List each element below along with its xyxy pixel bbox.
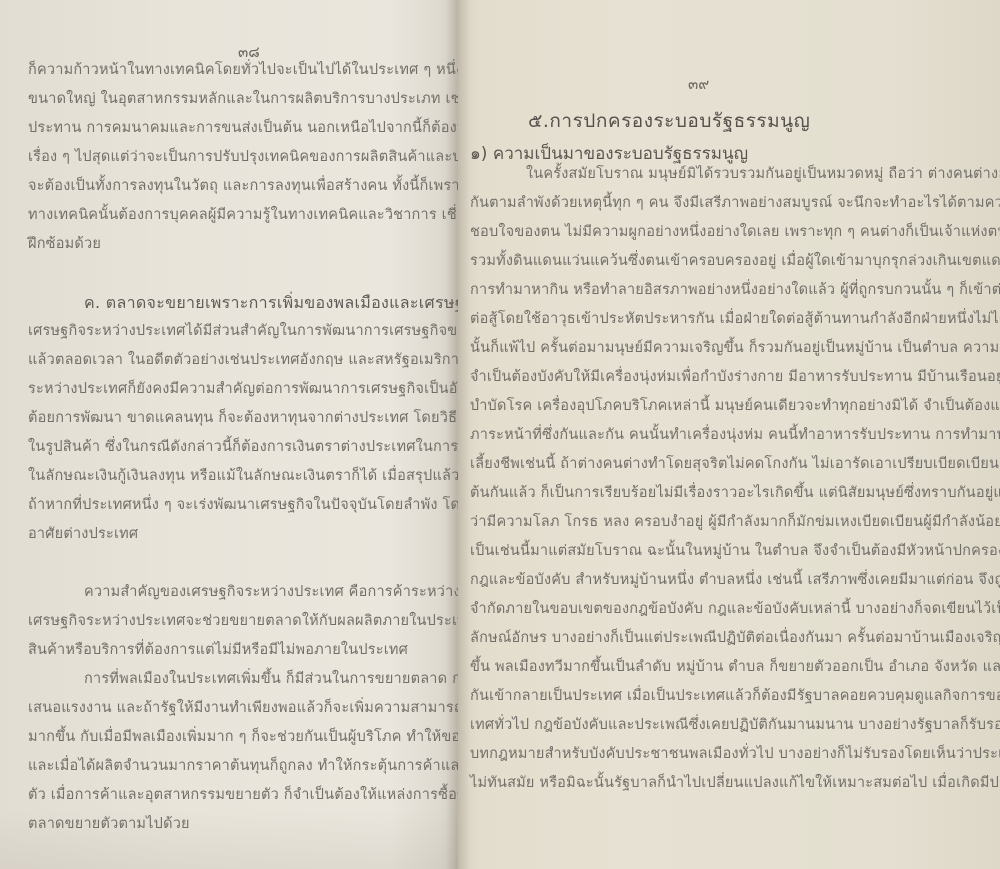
text-line: เลี้ยงชีพเช่นนี้ ถ้าต่างคนต่างทำโดยสุจริ… bbox=[470, 450, 1000, 479]
text-line: ต้นกันแล้ว ก็เป็นการเรียบร้อยไม่มีเรื่อง… bbox=[470, 479, 1000, 508]
left-page: ๓๘ ก็ความก้าวหน้าในทางเทคนิคโดยทั่วไปจะเ… bbox=[0, 0, 458, 869]
text-line: จำเป็นต้องบังคับให้มีเครื่องนุ่งห่มเพื่อ… bbox=[470, 363, 1000, 392]
text-line: กฎและข้อบังคับ สำหรับหมู่บ้านหนึ่ง ตำบลห… bbox=[470, 566, 1000, 595]
text-line: ลักษณ์อักษร บางอย่างก็เป็นแต่ประเพณีปฏิบ… bbox=[470, 624, 1000, 653]
text-line: นั้นก็แพ้ไป ครั้นต่อมามนุษย์มีความเจริญข… bbox=[470, 334, 1000, 363]
page-number: ๓๙ bbox=[688, 72, 709, 96]
text-line: ก็ความก้าวหน้าในทางเทคนิคโดยทั่วไปจะเป็น… bbox=[28, 56, 458, 85]
text-line: บำบัดโรค เครื่องอุปโภคบริโภคเหล่านี้ มนุ… bbox=[470, 392, 1000, 421]
left-page-body: ก็ความก้าวหน้าในทางเทคนิคโดยทั่วไปจะเป็น… bbox=[28, 56, 458, 839]
text-line: เรื่อง ๆ ไปสุดแต่ว่าจะเป็นการปรับปรุงเทค… bbox=[28, 143, 458, 172]
text-line: ฝึกซ้อมด้วย bbox=[28, 230, 458, 259]
text-line: และเมื่อได้ผลิตจำนวนมากราคาต้นทุนก็ถูกลง… bbox=[28, 752, 458, 781]
text-line: จะต้องเป็นทั้งการลงทุนในวัตถุ และการลงทุ… bbox=[28, 172, 458, 201]
text-line: ขึ้น พลเมืองทวีมากขึ้นเป็นลำดับ หมู่บ้าน… bbox=[470, 653, 1000, 682]
text-line: ตลาดขยายตัวตามไปด้วย bbox=[28, 810, 458, 839]
text-line: มากขึ้น กับเมื่อมีพลเมืองเพิ่มมาก ๆ ก็จะ… bbox=[28, 723, 458, 752]
sub-heading: ค. ตลาดจะขยายเพราะการเพิ่มของพลเมืองและเ… bbox=[28, 288, 458, 317]
text-line: เศรษฐกิจระหว่างประเทศจะช่วยขยายตลาดให้กั… bbox=[28, 607, 458, 636]
text-line: กันตามลำพังด้วยเหตุนี้ทุก ๆ คน จึงมีเสรี… bbox=[470, 189, 1000, 218]
text-line: เสนอแรงงาน และถ้ารัฐให้มีงานทำเพียงพอแล้… bbox=[28, 694, 458, 723]
text-line: จำกัดภายในขอบเขตของกฎข้อบังคับ กฎและข้อบ… bbox=[470, 595, 1000, 624]
text-line: รวมทั้งดินแดนแว่นแคว้นซึ่งตนเข้าครอบครอง… bbox=[470, 247, 1000, 276]
blank-line bbox=[28, 259, 458, 288]
text-line: ว่ามีความโลภ โกรธ หลง ครอบงำอยู่ ผู้มีกำ… bbox=[470, 508, 1000, 537]
text-line: ขนาดใหญ่ ในอุตสาหกรรมหลักและในการผลิตบริ… bbox=[28, 85, 458, 114]
text-line: ชอบใจของตน ไม่มีความผูกอย่างหนึ่งอย่างใด… bbox=[470, 218, 1000, 247]
right-page: ๓๙ ๕.การปกครองระบอบรัฐธรรมนูญ ๑) ความเป็… bbox=[458, 0, 1000, 869]
text-line: เศรษฐกิจระหว่างประเทศได้มีส่วนสำคัญในการ… bbox=[28, 317, 458, 346]
text-line: สินค้าหรือบริการที่ต้องการแต่ไม่มีหรือมี… bbox=[28, 636, 458, 665]
text-line: ความสำคัญของเศรษฐกิจระหว่างประเทศ คือการ… bbox=[28, 578, 458, 607]
right-page-body: ในครั้งสมัยโบราณ มนุษย์มิได้รวบรวมกันอยู… bbox=[470, 160, 1000, 798]
text-line: การที่พลเมืองในประเทศเพิ่มขึ้น ก็มีส่วนใ… bbox=[28, 665, 458, 694]
text-line: ประทาน การคมนาคมและการขนส่งเป็นต้น นอกเห… bbox=[28, 114, 458, 143]
text-line: แล้วตลอดเวลา ในอดีตตัวอย่างเช่นประเทศอัง… bbox=[28, 346, 458, 375]
text-line: ในรูปสินค้า ซึ่งในกรณีดังกล่าวนี้ก็ต้องก… bbox=[28, 433, 458, 462]
text-line: ในลักษณะเงินกู้เงินลงทุน หรือแม้ในลักษณะ… bbox=[28, 462, 458, 491]
blank-line bbox=[28, 549, 458, 578]
text-line: ไม่ทันสมัย หรือมิฉะนั้นรัฐบาลก็นำไปเปลี่… bbox=[470, 769, 1000, 798]
text-line: ตัว เมื่อการค้าและอุตสาหกรรมขยายตัว ก็จำ… bbox=[28, 781, 458, 810]
text-line: ถ้าหากที่ประเทศหนึ่ง ๆ จะเร่งพัฒนาเศรษฐก… bbox=[28, 491, 458, 520]
open-book-spread: ๓๘ ก็ความก้าวหน้าในทางเทคนิคโดยทั่วไปจะเ… bbox=[0, 0, 1000, 869]
text-line: กันเข้ากลายเป็นประเทศ เมื่อเป็นประเทศแล้… bbox=[470, 682, 1000, 711]
text-line: เทศทั่วไป กฎข้อบังคับและประเพณีซึ่งเคยปฏ… bbox=[470, 711, 1000, 740]
text-line: ระหว่างประเทศก็ยังคงมีความสำคัญต่อการพัฒ… bbox=[28, 375, 458, 404]
text-line: ภาระหน้าที่ซึ่งกันและกัน คนนั้นทำเครื่อง… bbox=[470, 421, 1000, 450]
text-line: การทำมาหากิน หรือทำลายอิสรภาพอย่างหนึ่งอ… bbox=[470, 276, 1000, 305]
text-line: บทกฎหมายสำหรับบังคับประชาชนพลเมืองทั่วไป… bbox=[470, 740, 1000, 769]
text-line: อาศัยต่างประเทศ bbox=[28, 520, 458, 549]
chapter-title: ๕.การปกครองระบอบรัฐธรรมนูญ bbox=[528, 106, 810, 136]
text-line: ในครั้งสมัยโบราณ มนุษย์มิได้รวบรวมกันอยู… bbox=[470, 160, 1000, 189]
text-line: ต้อยการพัฒนา ขาดแคลนทุน ก็จะต้องหาทุนจาก… bbox=[28, 404, 458, 433]
text-line: เป็นเช่นนี้มาแต่สมัยโบราณ ฉะนั้นในหมู่บ้… bbox=[470, 537, 1000, 566]
text-line: ทางเทคนิคนั้นต้องการบุคคลผู้มีความรู้ในท… bbox=[28, 201, 458, 230]
text-line: ต่อสู้โดยใช้อาวุธเข้าประหัตประหารกัน เมื… bbox=[470, 305, 1000, 334]
